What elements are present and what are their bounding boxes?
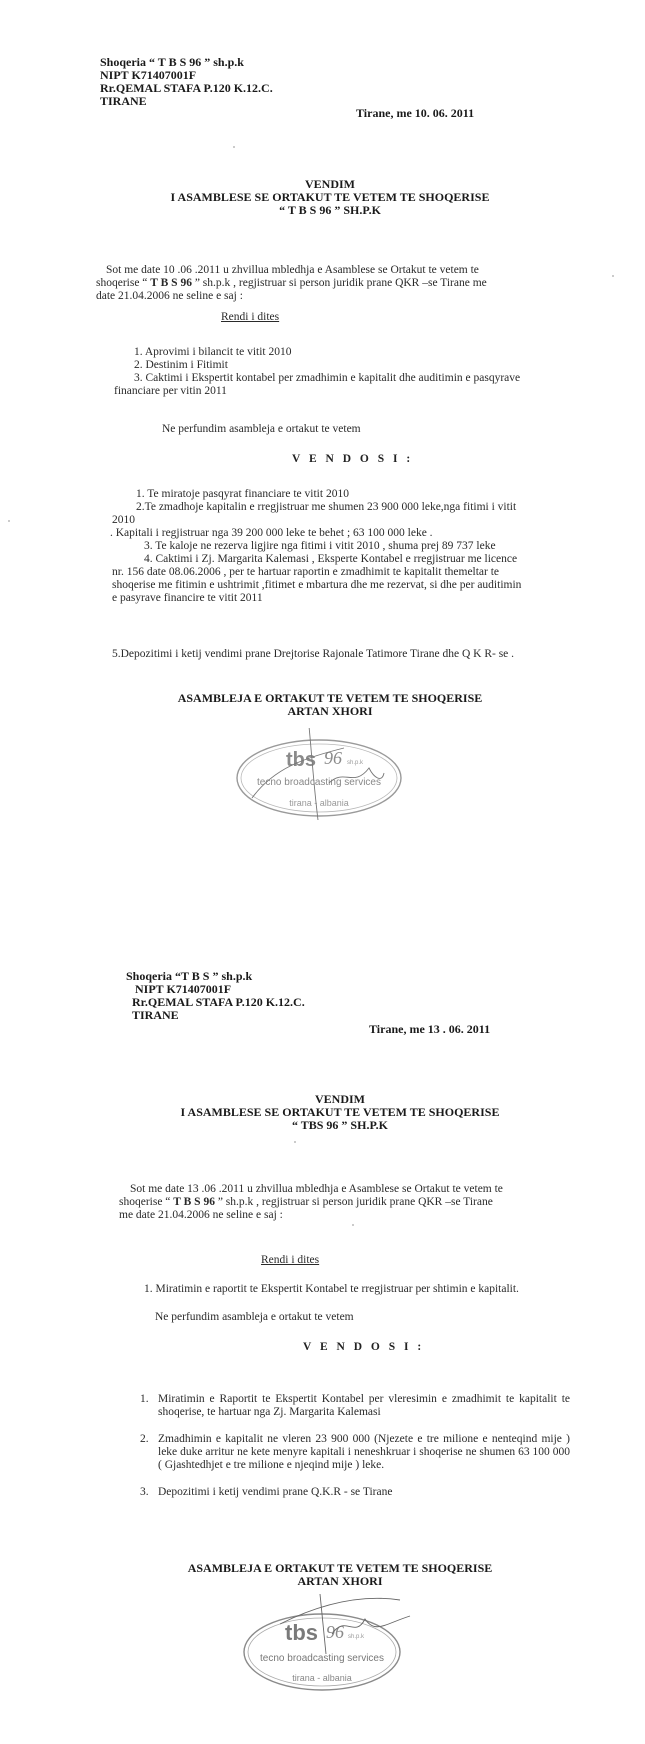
agenda-list: 1. Aprovimi i bilancit te vitit 2010 2. … — [134, 346, 520, 398]
decision-item: 2010 — [112, 514, 521, 527]
decision-item: 2. Zmadhimin e kapitalit ne vleren 23 90… — [140, 1433, 570, 1472]
agenda-list: 1. Miratimin e raportit te Ekspertit Kon… — [144, 1283, 519, 1296]
agenda-heading: Rendi i dites — [221, 311, 279, 324]
decision-item: shoqerise me fitimin e ushtrimit ,fitime… — [112, 579, 521, 592]
svg-text:tecno broadcasting services: tecno broadcasting services — [257, 777, 381, 788]
scan-speck — [612, 275, 614, 277]
agenda-item: 1. Miratimin e raportit te Ekspertit Kon… — [144, 1283, 519, 1296]
company-city: TIRANE — [100, 95, 273, 108]
decides-heading: V E N D O S I : — [303, 1341, 424, 1353]
agenda-item: 1. Aprovimi i bilancit te vitit 2010 — [134, 346, 520, 359]
scan-speck — [294, 1141, 296, 1143]
date-line: Tirane, me 10. 06. 2011 — [356, 106, 474, 121]
company-city: TIRANE — [132, 1009, 305, 1022]
signature-name: ARTAN XHORI — [90, 705, 570, 718]
decision-item: nr. 156 date 08.06.2006 , per te hartuar… — [112, 566, 521, 579]
intro-line-2: shoqerise “ T B S 96 ” sh.p.k , regjistr… — [96, 277, 487, 290]
svg-text:96: 96 — [326, 1622, 344, 1642]
signature-block: ASAMBLEJA E ORTAKUT TE VETEM TE SHOQERIS… — [100, 1562, 580, 1588]
company-stamp: tbs 96 sh.p.k tecno broadcasting service… — [240, 1594, 415, 1694]
intro-line-1: Sot me date 13 .06 .2011 u zhvillua mble… — [130, 1183, 503, 1196]
agenda-item: financiare per vitin 2011 — [114, 385, 520, 398]
svg-text:tirana - albania: tirana - albania — [292, 1673, 352, 1683]
decision-item: e pasyrave financire te vitit 2011 — [112, 592, 521, 605]
company-header: Shoqeria “T B S ” sh.p.k NIPT K71407001F… — [126, 970, 305, 1022]
final-item: 5.Depozitimi i ketij vendimi prane Drejt… — [112, 648, 514, 661]
intro-line-2: shoqerise “ T B S 96 ” sh.p.k , regjistr… — [119, 1196, 503, 1209]
signature-name: ARTAN XHORI — [100, 1575, 580, 1588]
intro-line-3: me date 21.04.2006 ne seline e saj : — [119, 1209, 503, 1222]
svg-text:tirana - albania: tirana - albania — [289, 798, 349, 808]
signature-block: ASAMBLEJA E ORTAKUT TE VETEM TE SHOQERIS… — [90, 692, 570, 718]
decision-item: 3. Te kaloje ne rezerva ligjire nga fiti… — [144, 540, 521, 553]
intro-paragraph: Sot me date 13 .06 .2011 u zhvillua mble… — [130, 1183, 503, 1222]
stamp-icon: tbs 96 sh.p.k tecno broadcasting service… — [240, 1594, 415, 1694]
decision-item: 1. Te miratoje pasqyrat financiare te vi… — [136, 488, 521, 501]
intro-paragraph: Sot me date 10 .06 .2011 u zhvillua mble… — [106, 264, 487, 303]
agenda-item: 3. Caktimi i Ekspertit kontabel per zmad… — [134, 372, 520, 385]
decision-item: 4. Caktimi i Zj. Margarita Kalemasi , Ek… — [144, 553, 521, 566]
decision-item: 2.Te zmadhoje kapitalin e rregjistruar m… — [136, 501, 521, 514]
decision-item: . Kapitali i regjistruar nga 39 200 000 … — [110, 527, 521, 540]
decisions-list: 1. Miratimin e Raportit te Ekspertit Kon… — [140, 1393, 570, 1499]
intro-line-3: date 21.04.2006 ne seline e saj : — [96, 290, 487, 303]
conclusion-text: Ne perfundim asambleja e ortakut te vete… — [162, 423, 361, 436]
title-line-3: “ T B S 96 ” SH.P.K — [90, 204, 570, 217]
scan-speck — [8, 520, 10, 522]
svg-text:tecno broadcasting services: tecno broadcasting services — [260, 1653, 384, 1664]
intro-line-1: Sot me date 10 .06 .2011 u zhvillua mble… — [106, 264, 487, 277]
svg-text:tbs: tbs — [285, 1620, 318, 1645]
scan-speck — [352, 1224, 354, 1226]
company-abbr: T B S 96 — [173, 1196, 215, 1208]
company-stamp: tbs 96 sh.p.k tecno broadcasting service… — [234, 728, 404, 820]
date-line: Tirane, me 13 . 06. 2011 — [369, 1022, 490, 1037]
svg-text:sh.p.k: sh.p.k — [348, 1634, 365, 1640]
conclusion-text: Ne perfundim asambleja e ortakut te vete… — [155, 1311, 354, 1324]
agenda-heading: Rendi i dites — [261, 1254, 319, 1267]
decisions-list: 1. Te miratoje pasqyrat financiare te vi… — [136, 488, 521, 605]
agenda-item: 2. Destinim i Fitimit — [134, 359, 520, 372]
stamp-icon: tbs 96 sh.p.k tecno broadcasting service… — [234, 728, 404, 820]
decision-item: 3. Depozitimi i ketij vendimi prane Q.K.… — [140, 1486, 570, 1499]
company-header: Shoqeria “ T B S 96 ” sh.p.k NIPT K71407… — [100, 56, 273, 108]
decision-item: 1. Miratimin e Raportit te Ekspertit Kon… — [140, 1393, 570, 1419]
decision-title: VENDIM I ASAMBLESE SE ORTAKUT TE VETEM T… — [90, 178, 570, 217]
title-line-3: “ TBS 96 ” SH.P.K — [100, 1119, 580, 1132]
decision-title: VENDIM I ASAMBLESE SE ORTAKUT TE VETEM T… — [100, 1093, 580, 1132]
decides-heading: V E N D O S I : — [292, 453, 413, 465]
scan-speck — [233, 146, 235, 148]
svg-text:sh.p.k: sh.p.k — [347, 760, 364, 766]
company-abbr: T B S 96 — [150, 277, 192, 289]
